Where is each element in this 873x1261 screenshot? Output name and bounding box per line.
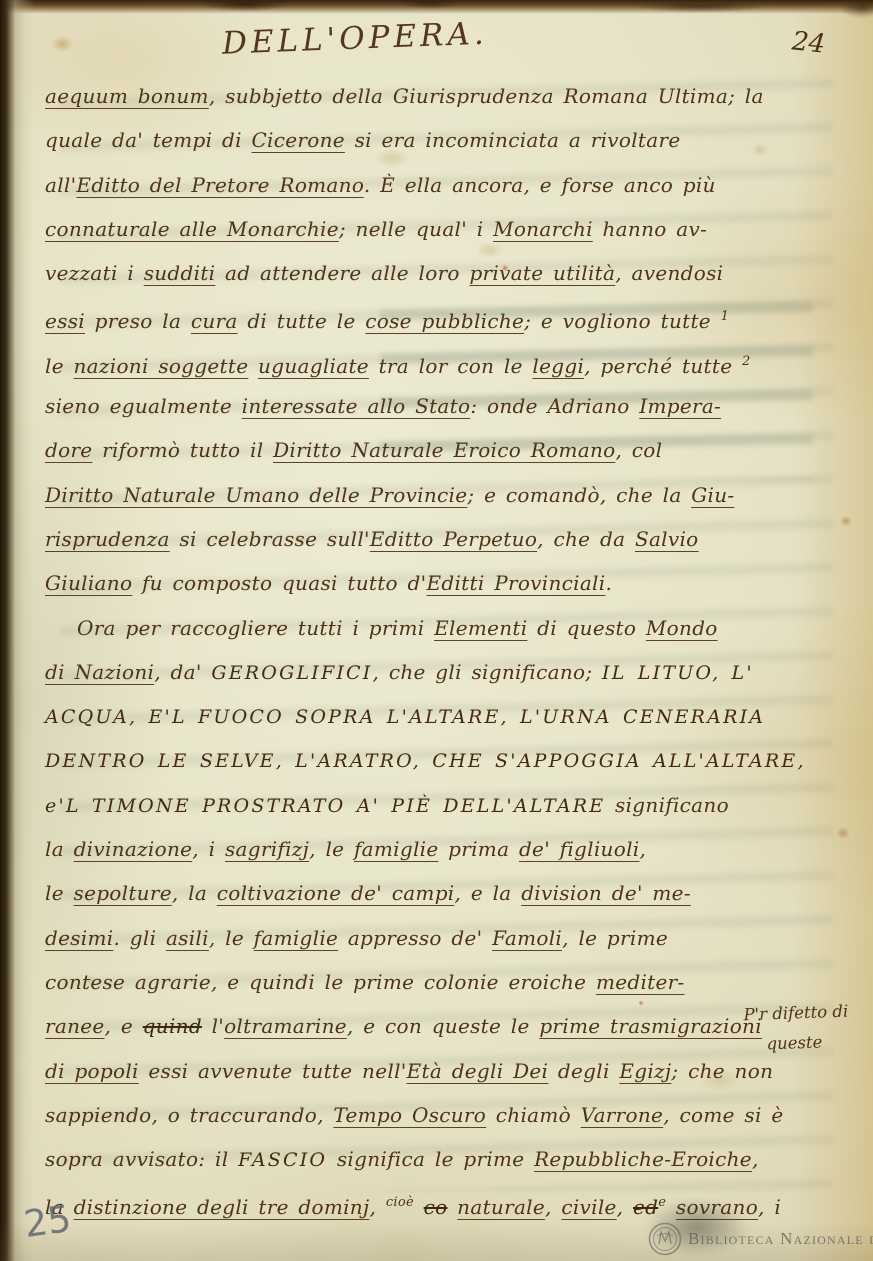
manuscript-text-segment: riformò tutto il [92,438,273,462]
manuscript-line: di popoli essi avvenute tutte nell'Età d… [45,1049,769,1093]
manuscript-text-segment: tra lor con le [369,354,532,378]
manuscript-text-segment: cioè [386,1195,414,1210]
manuscript-line: vezzati i sudditi ad attendere alle loro… [45,251,769,295]
manuscript-text-segment: l' [202,1014,224,1038]
manuscript-text-segment: divinazione [74,837,193,861]
manuscript-text-segment: 1 [721,309,730,324]
manuscript-text-segment: Mondo [646,616,718,640]
manuscript-text-segment: essi [45,309,85,333]
manuscript-text-segment: ; che non [671,1059,773,1083]
manuscript-text-segment: co [424,1195,448,1219]
manuscript-text-segment: appresso de' [338,926,492,950]
library-watermark: Biblioteca Nazionale di Napoli [648,1222,873,1256]
binding-edge [0,0,34,1261]
manuscript-line: Giuliano fu composto quasi tutto d'Editt… [45,561,769,605]
manuscript-text-segment: degli [548,1059,619,1083]
manuscript-text-segment: private utilità [469,261,615,285]
manuscript-line: di Nazioni, da' GEROGLIFICI, che gli sig… [45,650,769,694]
manuscript-line: Diritto Naturale Umano delle Provincie; … [45,473,769,517]
manuscript-text-segment: , [369,1195,385,1219]
manuscript-text-segment: Elementi [434,616,527,640]
manuscript-text-segment: , [639,837,646,861]
manuscript-line: Ora per raccogliere tutti i primi Elemen… [45,606,769,650]
manuscript-text-segment: uguagliate [258,354,369,378]
manuscript-line: essi preso la cura di tutte le cose pubb… [45,295,769,339]
manuscript-text-segment: famiglie [254,926,339,950]
manuscript-line: ranee, e quind l'oltramarine, e con ques… [45,1004,769,1048]
manuscript-line: quale da' tempi di Cicerone si era incom… [45,118,769,162]
manuscript-text-segment: , [545,1195,561,1219]
manuscript-line: aequum bonum, subbjetto della Giurisprud… [45,74,769,118]
manuscript-text-segment: si era incominciata a rivoltare [345,128,681,152]
manuscript-text-segment: cose pubbliche [365,309,524,333]
manuscript-text-segment: nazioni soggette [74,354,249,378]
manuscript-line: e'L TIMONE PROSTRATO A' PIÈ DELL'ALTARE … [45,783,769,827]
manuscript-text-segment: , da' [154,660,211,684]
manuscript-text-segment: Età degli Dei [407,1059,549,1083]
manuscript-text-segment: . [605,571,612,595]
manuscript-text-segment: Editto Perpetuo [370,527,537,551]
manuscript-text-segment: , perché tutte [584,354,742,378]
manuscript-text-segment: all' [45,173,76,197]
manuscript-text-segment: Monarchi [493,217,593,241]
manuscript-text-segment: , che da [537,527,635,551]
manuscript-text-segment: , i [192,837,225,861]
manuscript-body: aequum bonum, subbjetto della Giurisprud… [45,74,769,1226]
library-logo-icon [648,1222,682,1256]
manuscript-line: contese agrarie, e quindi le prime colon… [45,960,769,1004]
manuscript-text-segment: , le [309,837,354,861]
manuscript-text-segment: Cicerone [251,128,344,152]
manuscript-text-segment: contese agrarie, e quindi le prime colon… [45,970,596,994]
manuscript-text-segment: quind [143,1014,202,1038]
manuscript-text-segment: . È ella ancora, e forse anco più [364,173,716,197]
manuscript-text-segment: essi avvenute tutte nell' [139,1059,407,1083]
manuscript-text-segment: cura [191,309,238,333]
folio-number: 24 [791,26,827,59]
manuscript-text-segment: , le [209,926,254,950]
manuscript-text-segment: quale da' tempi di [45,128,251,152]
manuscript-text-segment: connaturale alle Monarchie [45,217,339,241]
manuscript-text-segment: IL LITUO, L' [602,662,754,684]
manuscript-text-segment: division de' me- [521,881,691,905]
watermark-text: Biblioteca Nazionale di Napoli [688,1229,873,1249]
right-edge-tint [793,0,873,1261]
manuscript-text-segment: aequum bonum [45,84,209,108]
manuscript-text-segment: Salvio [635,527,699,551]
manuscript-text-segment: significa le prime [327,1147,534,1171]
manuscript-text-segment: , i [758,1195,781,1219]
manuscript-text-segment: e'L TIMONE PROSTRATO A' PIÈ DELL'ALTARE [45,795,605,817]
manuscript-text-segment: prime trasmigrazioni [539,1014,762,1038]
manuscript-text-segment: DENTRO LE SELVE, L'ARATRO, CHE S'APPOGGI… [45,750,806,772]
manuscript-text-segment: ad attendere alle loro [215,261,469,285]
manuscript-text-segment: Diritto Naturale Umano delle Provincie [45,483,467,507]
pencil-page-number: 25 [21,1197,74,1246]
manuscript-text-segment: ; e comandò, che la [467,483,691,507]
manuscript-line: DENTRO LE SELVE, L'ARATRO, CHE S'APPOGGI… [45,738,769,782]
manuscript-page: DELL'OPERA. 24 aequum bonum, subbjetto d… [0,0,873,1261]
manuscript-text-segment: si celebrasse sull' [170,527,370,551]
margin-note: P'r difetto di queste [743,996,871,1060]
manuscript-text-segment: Giu- [691,483,734,507]
manuscript-text-segment: de' figliuoli [519,837,640,861]
manuscript-text-segment: , e [105,1014,143,1038]
manuscript-text-segment: sieno egualmente [45,394,242,418]
manuscript-text-segment: Impera- [639,394,721,418]
manuscript-text-segment: asili [166,926,209,950]
manuscript-text-segment: , che gli significano; [373,660,603,684]
manuscript-text-segment: di Nazioni [45,660,154,684]
manuscript-text-segment: Editto del Pretore Romano [76,173,363,197]
manuscript-text-segment: oltramarine [224,1014,347,1038]
manuscript-text-segment: di popoli [45,1059,139,1083]
manuscript-line: le sepolture, la coltivazione de' campi,… [45,871,769,915]
manuscript-text-segment: chiamò [486,1103,581,1127]
manuscript-text-segment [448,1195,458,1219]
margin-note-line: P'r difetto di [743,996,870,1030]
manuscript-line: connaturale alle Monarchie; nelle qual' … [45,207,769,251]
manuscript-text-segment: di questo [527,616,645,640]
page-title: DELL'OPERA. [221,14,522,61]
manuscript-text-segment: ranee [45,1014,105,1038]
manuscript-text-segment: ; e vogliono tutte [524,309,720,333]
manuscript-text-segment: distinzione degli tre dominj [74,1195,370,1219]
manuscript-text-segment: sopra avvisato: il [45,1147,238,1171]
manuscript-text-segment: , le prime [562,926,668,950]
manuscript-text-segment: Tempo Oscuro [333,1103,486,1127]
manuscript-text-segment: mediter- [596,970,685,994]
manuscript-text-segment: di tutte le [238,309,366,333]
manuscript-line: le nazioni soggette uguagliate tra lor c… [45,340,769,384]
manuscript-text-segment: sudditi [144,261,216,285]
manuscript-text-segment: , come si è [663,1103,783,1127]
manuscript-text-segment: significano [605,793,729,817]
manuscript-text-segment: . gli [113,926,165,950]
manuscript-text-segment: famiglie [354,837,439,861]
manuscript-text-segment: Giuliano [45,571,132,595]
manuscript-text-segment: , avendosi [615,261,723,285]
manuscript-text-segment: le [45,354,74,378]
manuscript-text-segment: ; nelle qual' i [339,217,493,241]
manuscript-text-segment: Egizj [619,1059,671,1083]
manuscript-text-segment: sappiendo, o traccurando, [45,1103,333,1127]
top-page-edge [0,0,873,14]
manuscript-text-segment: naturale [457,1195,545,1219]
manuscript-text-segment: , [752,1147,759,1171]
manuscript-line: all'Editto del Pretore Romano. È ella an… [45,163,769,207]
manuscript-text-segment: sepolture [74,881,172,905]
manuscript-text-segment: 2 [742,354,751,369]
manuscript-text-segment: dore [45,438,92,462]
manuscript-text-segment: coltivazione de' campi [217,881,455,905]
manuscript-line: sappiendo, o traccurando, Tempo Oscuro c… [45,1093,769,1137]
manuscript-line: risprudenza si celebrasse sull'Editto Pe… [45,517,769,561]
manuscript-text-segment: ACQUA, E'L FUOCO SOPRA L'ALTARE, L'URNA … [45,706,765,728]
manuscript-text-segment: Varrone [581,1103,664,1127]
manuscript-text-segment: Repubbliche-Eroiche [534,1147,752,1171]
manuscript-text-segment: le [45,881,74,905]
manuscript-text-segment: interessate allo Stato [242,394,471,418]
manuscript-text-segment: hanno av- [593,217,707,241]
manuscript-text-segment: : onde Adriano [470,394,639,418]
manuscript-text-segment: , col [615,438,662,462]
manuscript-text-segment: desimi [45,926,113,950]
margin-note-line: queste [744,1026,871,1060]
manuscript-text-segment: , e con queste le [347,1014,539,1038]
manuscript-text-segment: , subbjetto della Giurisprudenza Romana … [209,84,764,108]
manuscript-text-segment: prima [438,837,518,861]
manuscript-line: ACQUA, E'L FUOCO SOPRA L'ALTARE, L'URNA … [45,694,769,738]
manuscript-text-segment [248,354,258,378]
manuscript-text-segment: risprudenza [45,527,170,551]
manuscript-text-segment: preso la [85,309,191,333]
manuscript-line: sieno egualmente interessate allo Stato:… [45,384,769,428]
manuscript-text-segment: , la [172,881,217,905]
manuscript-text-segment: sagrifizj [225,837,309,861]
manuscript-text-segment: vezzati i [45,261,144,285]
manuscript-text-segment: la [45,837,74,861]
manuscript-text-segment: leggi [532,354,584,378]
manuscript-line: sopra avvisato: il FASCIO significa le p… [45,1137,769,1181]
manuscript-line: desimi. gli asili, le famiglie appresso … [45,916,769,960]
manuscript-text-segment: GEROGLIFICI [211,662,372,684]
manuscript-text-segment: FASCIO [238,1149,327,1171]
manuscript-text-segment: Editti Provinciali [426,571,605,595]
manuscript-text-segment: Famoli [492,926,562,950]
manuscript-text-segment: , e la [455,881,522,905]
manuscript-line: la divinazione, i sagrifizj, le famiglie… [45,827,769,871]
manuscript-line: dore riformò tutto il Diritto Naturale E… [45,428,769,472]
manuscript-text-segment: Ora per raccogliere tutti i primi [77,616,434,640]
manuscript-text-segment [414,1195,424,1219]
manuscript-text-segment: fu composto quasi tutto d' [132,571,426,595]
manuscript-text-segment: civile [561,1195,616,1219]
manuscript-text-segment: Diritto Naturale Eroico Romano [273,438,615,462]
